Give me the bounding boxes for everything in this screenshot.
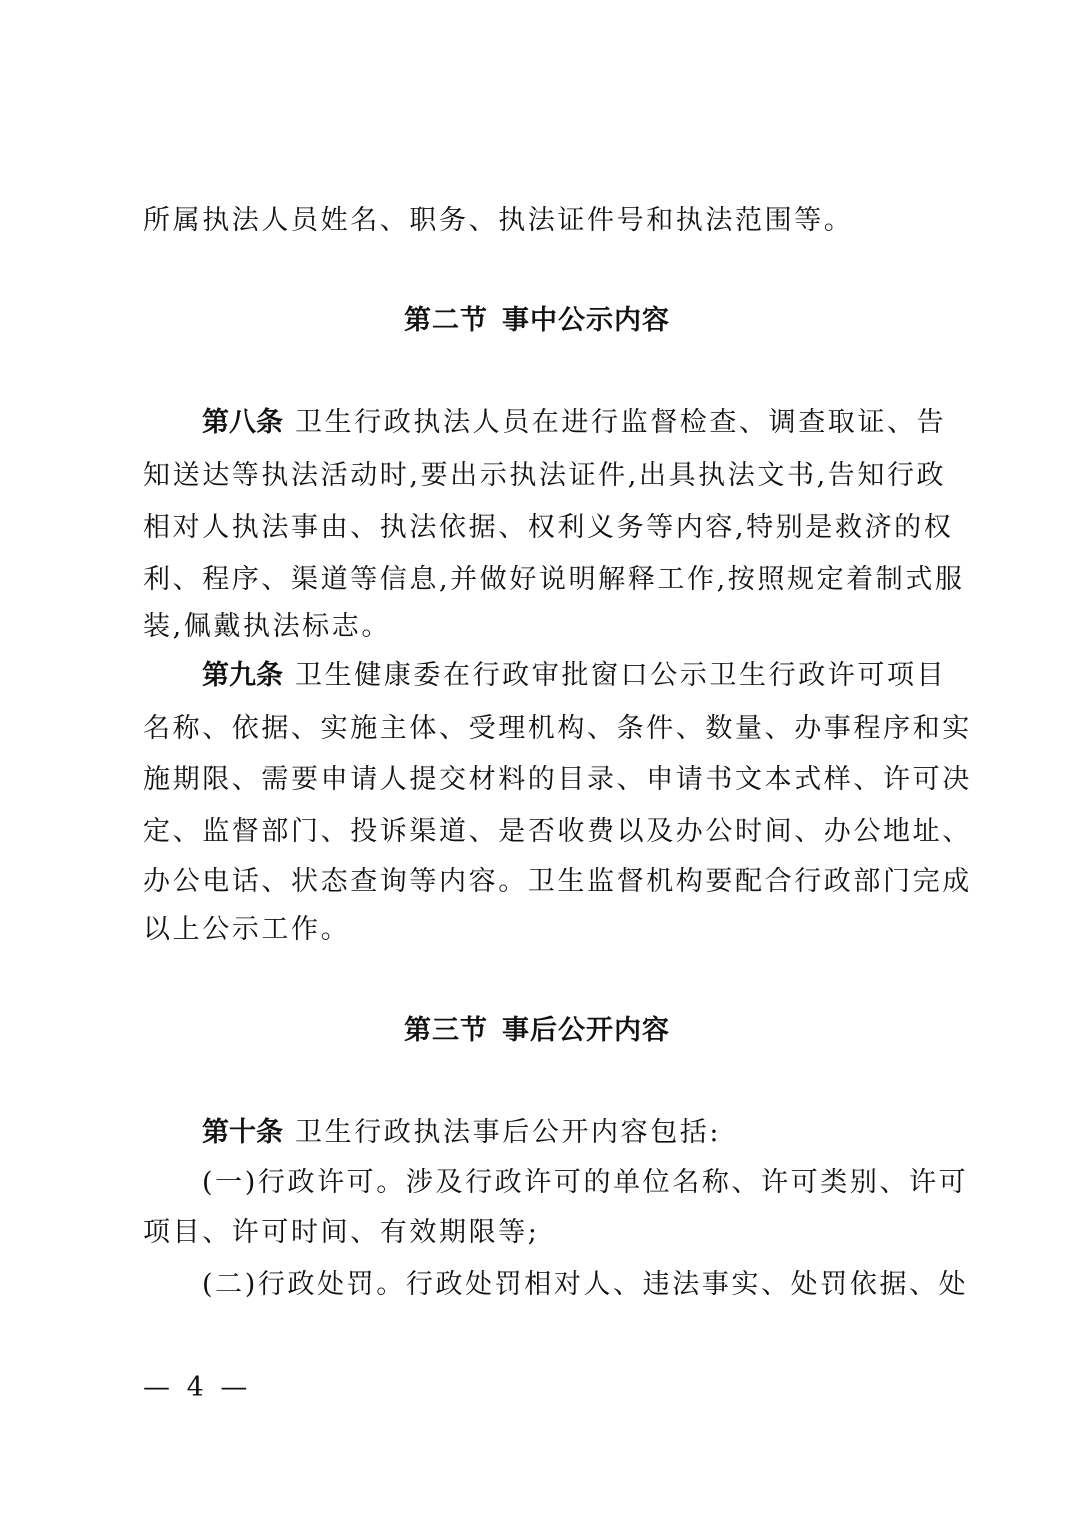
section-heading-3: 第三节事后公开内容 [0, 1011, 1074, 1051]
article-8-line-3: 相对人执法事由、执法依据、权利义务等内容,特别是救济的权 [143, 508, 943, 548]
paragraph-continuation-line: 所属执法人员姓名、职务、执法证件号和执法范围等。 [143, 201, 943, 241]
section-heading-2: 第二节事中公示内容 [0, 301, 1074, 341]
article-9-line-2: 名称、依据、实施主体、受理机构、条件、数量、办事程序和实 [143, 709, 943, 749]
section-number: 第三节 [404, 1015, 488, 1046]
article-text: 卫生行政执法事后公开内容包括: [295, 1117, 721, 1148]
article-text: 卫生健康委在行政审批窗口公示卫生行政许可项目 [295, 660, 946, 691]
section-title: 事中公示内容 [502, 305, 670, 336]
article-8-line-4: 利、程序、渠道等信息,并做好说明解释工作,按照规定着制式服 [143, 560, 943, 600]
article-8-line-5: 装,佩戴执法标志。 [143, 607, 943, 647]
article-label: 第十条 [202, 1117, 283, 1148]
article-text: 卫生行政执法人员在进行监督检查、调查取证、告 [295, 407, 946, 438]
article-9-line-6: 以上公示工作。 [143, 910, 943, 950]
document-page: 所属执法人员姓名、职务、执法证件号和执法范围等。 第二节事中公示内容 第八条卫生… [0, 0, 1074, 1520]
article-8-line-1: 第八条卫生行政执法人员在进行监督检查、调查取证、告 [202, 403, 943, 443]
article-10-line-1: 第十条卫生行政执法事后公开内容包括: [202, 1113, 943, 1153]
article-9-line-3: 施期限、需要申请人提交材料的目录、申请书文本式样、许可决 [143, 760, 943, 800]
article-label: 第九条 [202, 660, 283, 691]
article-9-line-4: 定、监督部门、投诉渠道、是否收费以及办公时间、办公地址、 [143, 812, 943, 852]
article-label: 第八条 [202, 407, 283, 438]
article-9-line-1: 第九条卫生健康委在行政审批窗口公示卫生行政许可项目 [202, 656, 943, 696]
section-title: 事后公开内容 [502, 1015, 670, 1046]
section-number: 第二节 [404, 305, 488, 336]
article-8-line-2: 知送达等执法活动时,要出示执法证件,出具执法文书,告知行政 [143, 456, 943, 496]
item-1-line-2: 项目、许可时间、有效期限等; [143, 1213, 943, 1253]
page-number: — 4 — [143, 1368, 251, 1408]
item-2-line-1: (二)行政处罚。行政处罚相对人、违法事实、处罚依据、处 [202, 1265, 943, 1305]
item-1-line-1: (一)行政许可。涉及行政许可的单位名称、许可类别、许可 [202, 1163, 943, 1203]
article-9-line-5: 办公电话、状态查询等内容。卫生监督机构要配合行政部门完成 [143, 862, 943, 902]
